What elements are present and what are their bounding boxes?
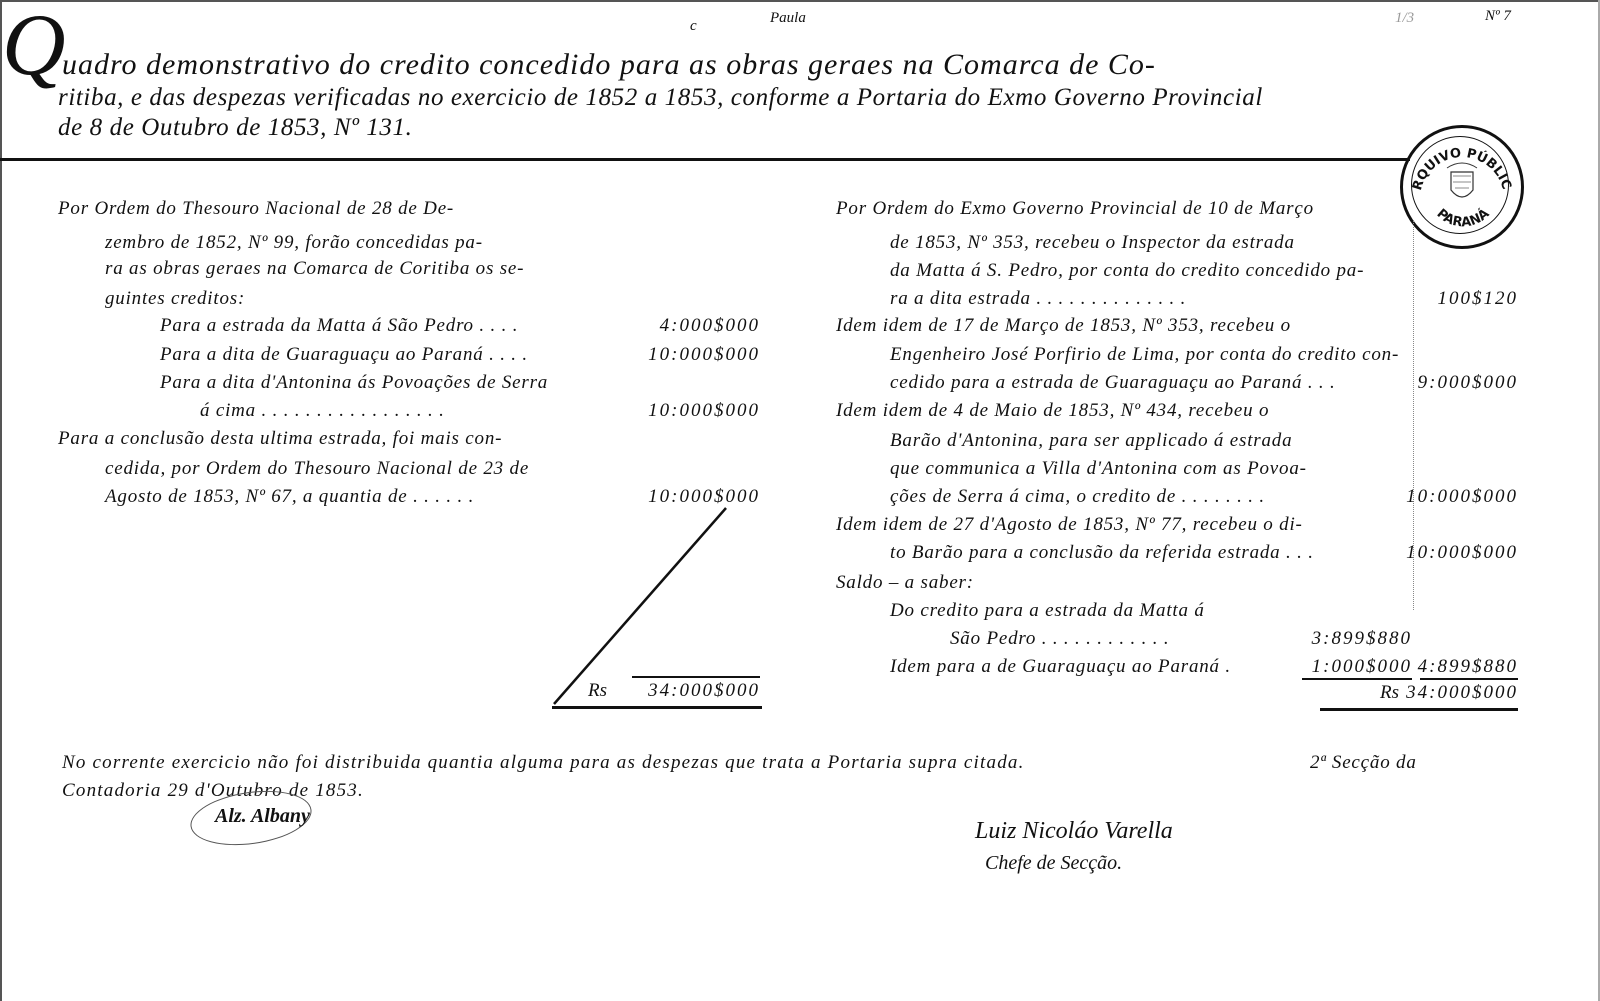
- total-prefix: Rs: [1380, 682, 1399, 704]
- cancel-stroke-line: [0, 0, 1600, 1001]
- rubric-signature: Alz. Albany: [215, 805, 310, 828]
- total-rule-bottom: [552, 706, 762, 709]
- saldo-item-amount: 1:000$000: [1290, 656, 1412, 678]
- expense-line: to Barão para a conclusão da referida es…: [890, 542, 1314, 564]
- signature-title: Chefe de Secção.: [985, 852, 1122, 875]
- expense-line: Idem idem de 17 de Março de 1853, Nº 353…: [836, 315, 1291, 337]
- expense-line: ra a dita estrada . . . . . . . . . . . …: [890, 288, 1186, 310]
- expense-line: ções de Serra á cima, o credito de . . .…: [890, 486, 1265, 508]
- expense-amount: 10:000$000: [1400, 486, 1518, 508]
- saldo-rule: [1302, 678, 1412, 680]
- right-total: 34:000$000: [1400, 682, 1518, 704]
- saldo-label: Saldo – a saber:: [836, 572, 974, 594]
- expense-line: cedido para a estrada de Guaraguaçu ao P…: [890, 372, 1336, 394]
- right-total-rule: [1320, 708, 1518, 711]
- expense-line: Idem idem de 4 de Maio de 1853, Nº 434, …: [836, 400, 1269, 422]
- expense-line: Engenheiro José Porfirio de Lima, por co…: [890, 344, 1399, 366]
- expense-line: que communica a Villa d'Antonina com as …: [890, 458, 1307, 480]
- expense-line: Barão d'Antonina, para ser applicado á e…: [890, 430, 1292, 452]
- footer-note-line-1: No corrente exercicio não foi distribuid…: [62, 752, 1025, 774]
- expense-line: Por Ordem do Exmo Governo Provincial de …: [836, 198, 1314, 220]
- expense-line: de 1853, Nº 353, recebeu o Inspector da …: [890, 232, 1295, 254]
- total-rule-top: [632, 676, 760, 678]
- saldo-item-text: Do credito para a estrada da Matta á: [890, 600, 1205, 622]
- expense-amount: 100$120: [1400, 288, 1518, 310]
- footer-note-line-2: Contadoria 29 d'Outubro de 1853.: [62, 780, 364, 802]
- saldo-total-rule: [1420, 678, 1518, 680]
- expense-line: Idem idem de 27 d'Agosto de 1853, Nº 77,…: [836, 514, 1303, 536]
- signature-name: Luiz Nicoláo Varella: [975, 818, 1173, 845]
- left-total: 34:000$000: [620, 680, 760, 702]
- saldo-item-amount: 3:899$880: [1290, 628, 1412, 650]
- expense-line: da Matta á S. Pedro, por conta do credit…: [890, 260, 1364, 282]
- saldo-total: 4:899$880: [1400, 656, 1518, 678]
- total-prefix: Rs: [588, 680, 607, 702]
- expense-amount: 9:000$000: [1400, 372, 1518, 394]
- section-label: 2ª Secção da: [1310, 752, 1417, 774]
- expense-amount: 10:000$000: [1400, 542, 1518, 564]
- saldo-item-text: Idem para a de Guaraguaçu ao Paraná .: [890, 656, 1231, 678]
- saldo-item-text: São Pedro . . . . . . . . . . . .: [950, 628, 1169, 650]
